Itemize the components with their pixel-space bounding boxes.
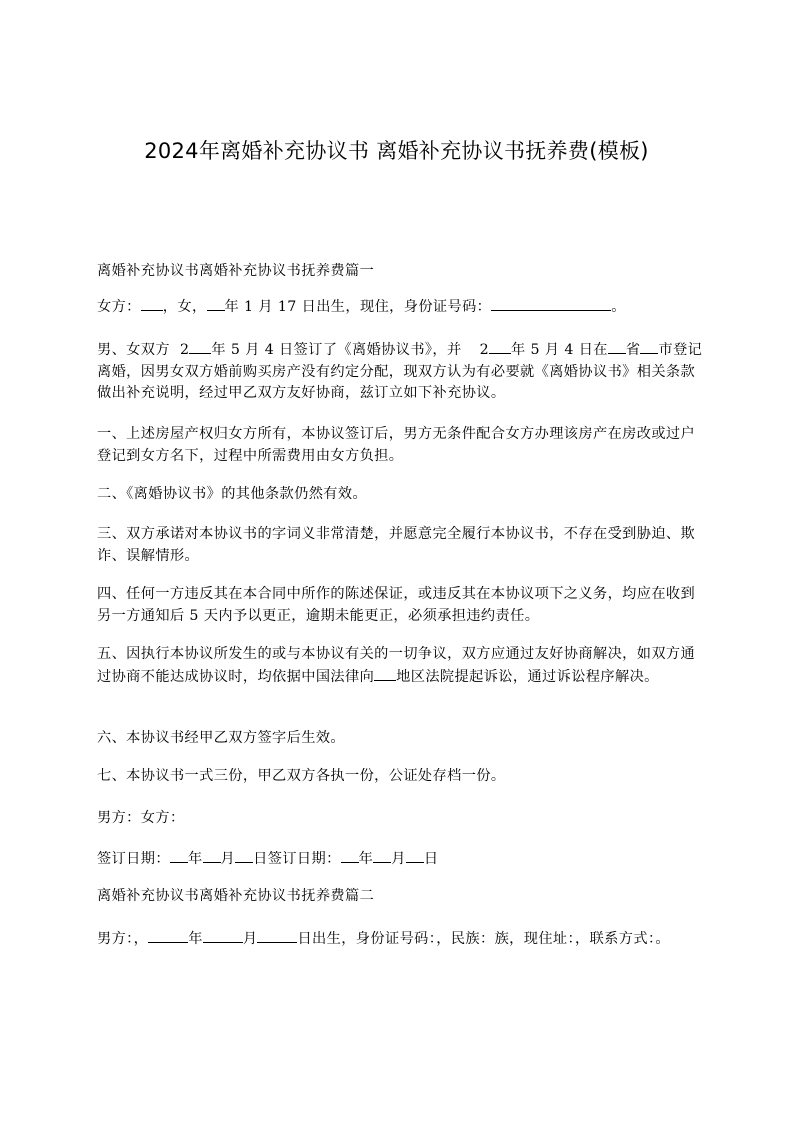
label-female: 女方：: [97, 299, 141, 315]
text: 地区法院提起诉讼，通过诉讼程序解决。: [396, 669, 659, 685]
text: 签订日期：: [97, 851, 170, 867]
text: 日签订日期：: [253, 851, 341, 867]
document-title: 2024年离婚补充协议书 离婚补充协议书抚养费(模板): [0, 136, 793, 166]
text: 年 1 月 17 日出生，现住，身份证号码：: [225, 299, 492, 315]
text: 年: [359, 851, 374, 867]
clause-1: 一、上述房屋产权归女方所有，本协议签订后，男方无条件配合女方办理该房产在房改或过…: [97, 424, 707, 467]
blank-field: [341, 848, 359, 863]
clause-7: 七、本协议书一式三份，甲乙双方各执一份，公证处存档一份。: [97, 766, 707, 788]
text: 月: [391, 851, 406, 867]
id-number-blank: [491, 296, 611, 311]
blank-field: [257, 928, 297, 943]
clause-6: 六、本协议书经甲乙双方签字后生效。: [97, 728, 707, 750]
blank-field: [489, 339, 511, 354]
text: 。: [611, 299, 626, 315]
signature-line: 男方：女方：: [97, 808, 707, 830]
text: 年: [188, 851, 203, 867]
clause-4: 四、任何一方违反其在本合同中所作的陈述保证，或违反其在本协议项下之义务，均应在收…: [97, 584, 707, 627]
intro-paragraph: 男、女双方2年 5 月 4 日签订了《离婚协议书》，并2年 5 月 4 日在省市…: [97, 339, 707, 405]
text: 日出生，身份证号码：，民族：族，现住址：，联系方式：。: [297, 931, 670, 947]
blank-field: [148, 928, 188, 943]
text: 省: [626, 342, 641, 358]
text: 年 5 月 4 日签订了《离婚协议书》，并: [211, 342, 461, 358]
clause-3: 三、双方承诺对本协议书的字词义非常清楚，并愿意完全履行本协议书，不存在受到胁迫、…: [97, 524, 707, 567]
section-one-heading: 离婚补充协议书离婚补充协议书抚养费篇一: [97, 261, 707, 283]
section-two-heading: 离婚补充协议书离婚补充协议书抚养费篇二: [97, 886, 707, 908]
text: 男方：，: [97, 931, 148, 947]
blank-field: [189, 339, 211, 354]
blank-field: [608, 339, 626, 354]
clause-2: 二、《离婚协议书》的其他条款仍然有效。: [97, 484, 707, 506]
text: 月: [221, 851, 236, 867]
blank-field: [141, 296, 163, 311]
male-party-line: 男方：，年月日出生，身份证号码：，民族：族，现住址：，联系方式：。: [97, 928, 707, 951]
blank-field: [170, 848, 188, 863]
text: 男、女双方: [97, 342, 170, 358]
blank-field: [203, 928, 243, 943]
text: 2: [180, 342, 189, 358]
blank-field: [406, 848, 424, 863]
text: 年 5 月 4 日在: [511, 342, 608, 358]
court-region-blank: [374, 666, 396, 681]
text: 2: [480, 342, 489, 358]
blank-field: [640, 339, 658, 354]
text: 年: [188, 931, 203, 947]
female-party-line: 女方：，女，年 1 月 17 日出生，现住，身份证号码：。: [97, 296, 707, 319]
blank-field: [203, 848, 221, 863]
sign-date-line: 签订日期：年月日签订日期：年月日: [97, 848, 707, 871]
blank-field: [207, 296, 225, 311]
text: 月: [243, 931, 258, 947]
blank-field: [373, 848, 391, 863]
text: ，女，: [163, 299, 207, 315]
text: 日: [424, 851, 439, 867]
blank-field: [235, 848, 253, 863]
clause-5: 五、因执行本协议所发生的或与本协议有关的一切争议，双方应通过友好协商解决，如双方…: [97, 644, 707, 688]
